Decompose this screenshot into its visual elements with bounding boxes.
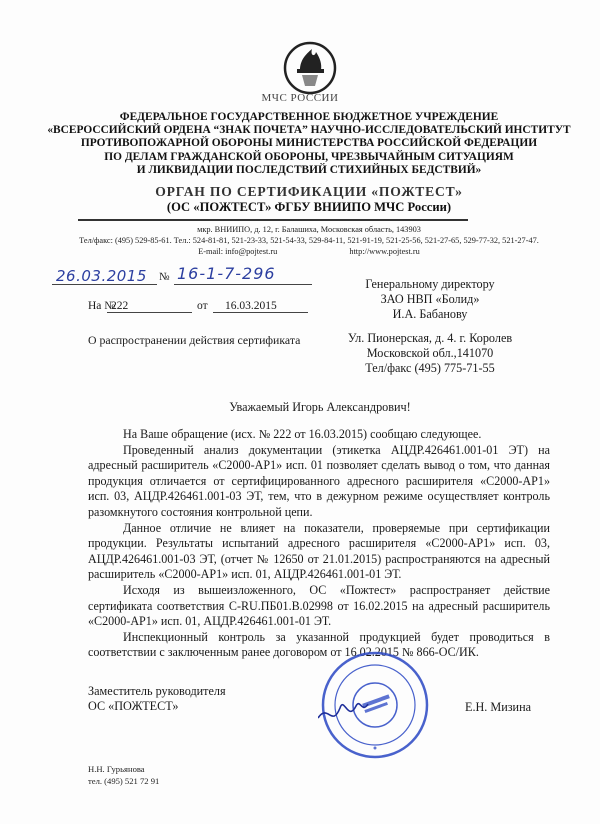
reference-date-underline <box>213 312 308 313</box>
outgoing-number: 16-1-7-296 <box>177 264 276 283</box>
executor-name: Н.Н. Гурьянова <box>88 764 159 776</box>
mchs-emblem-icon <box>282 40 338 96</box>
address-line: Московской обл.,141070 <box>330 346 530 361</box>
signatory-title-line: Заместитель руководителя <box>88 684 226 699</box>
contacts-block: мкр. ВНИИПО, д. 12, г. Балашиха, Московс… <box>0 224 600 257</box>
reference-number-underline <box>107 312 192 313</box>
letter-subject: О распространении действия сертификата <box>88 333 300 348</box>
logo-caption: МЧС РОССИИ <box>0 92 600 104</box>
org-line: И ЛИКВИДАЦИИ ПОСЛЕДСТВИЙ СТИХИЙНЫХ БЕДСТ… <box>0 164 600 177</box>
signatory-title: Заместитель руководителя ОС «ПОЖТЕСТ» <box>88 684 226 714</box>
official-seal-icon <box>318 648 432 762</box>
recipient-line: И.А. Бабанову <box>330 307 530 322</box>
recipient-block: Генеральному директору ЗАО НВП «Болид» И… <box>330 277 530 323</box>
recipient-line: Генеральному директору <box>330 277 530 292</box>
executor-block: Н.Н. Гурьянова тел. (495) 521 72 91 <box>88 764 159 787</box>
header-divider <box>78 219 468 221</box>
org-phones: Тел/факс: (495) 529-85-61. Тел.: 524-81-… <box>0 235 600 246</box>
reference-from-label: от <box>197 300 208 312</box>
recipient-address: Ул. Пионерская, д. 4. г. Королев Московс… <box>330 331 530 377</box>
org-website: http://www.pojtest.ru <box>349 246 419 257</box>
address-line: Тел/факс (495) 775-71-55 <box>330 361 530 376</box>
signatory-title-line: ОС «ПОЖТЕСТ» <box>88 699 226 714</box>
signatory-name: Е.Н. Мизина <box>465 700 531 715</box>
org-line: ФЕДЕРАЛЬНОЕ ГОСУДАРСТВЕННОЕ БЮДЖЕТНОЕ УЧ… <box>0 111 600 124</box>
reference-date: 16.03.2015 <box>225 300 277 312</box>
org-line: ПО ДЕЛАМ ГРАЖДАНСКОЙ ОБОРОНЫ, ЧРЕЗВЫЧАЙН… <box>0 151 600 164</box>
letter-body: На Ваше обращение (исх. № 222 от 16.03.2… <box>88 427 550 661</box>
recipient-line: ЗАО НВП «Болид» <box>330 292 530 307</box>
body-paragraph: Проведенный анализ документации (этикетк… <box>88 443 550 521</box>
number-sign: № <box>159 271 170 283</box>
body-paragraph: Исходя из вышеизложенного, ОС «Пожтест» … <box>88 583 550 630</box>
outgoing-date: 26.03.2015 <box>56 267 147 285</box>
number-underline <box>174 284 312 285</box>
org-email: E-mail: info@pojtest.ru <box>198 246 277 257</box>
org-line: «ВСЕРОССИЙСКИЙ ОРДЕНА “ЗНАК ПОЧЕТА” НАУЧ… <box>0 124 600 137</box>
certification-body: ОРГАН ПО СЕРТИФИКАЦИИ «ПОЖТЕСТ» <box>0 184 600 200</box>
address-line: Ул. Пионерская, д. 4. г. Королев <box>330 331 530 346</box>
executor-phone: тел. (495) 521 72 91 <box>88 776 159 788</box>
organization-name: ФЕДЕРАЛЬНОЕ ГОСУДАРСТВЕННОЕ БЮДЖЕТНОЕ УЧ… <box>0 111 600 177</box>
salutation: Уважаемый Игорь Александрович! <box>80 400 560 415</box>
body-paragraph: На Ваше обращение (исх. № 222 от 16.03.2… <box>88 427 550 443</box>
date-underline <box>52 284 157 285</box>
org-line: ПРОТИВОПОЖАРНОЙ ОБОРОНЫ МИНИСТЕРСТВА РОС… <box>0 137 600 150</box>
body-paragraph: Данное отличие не влияет на показатели, … <box>88 521 550 583</box>
org-address: мкр. ВНИИПО, д. 12, г. Балашиха, Московс… <box>0 224 600 235</box>
reference-number: 222 <box>111 300 128 312</box>
certification-body-short: (ОС «ПОЖТЕСТ» ФГБУ ВНИИПО МЧС России) <box>0 200 600 215</box>
